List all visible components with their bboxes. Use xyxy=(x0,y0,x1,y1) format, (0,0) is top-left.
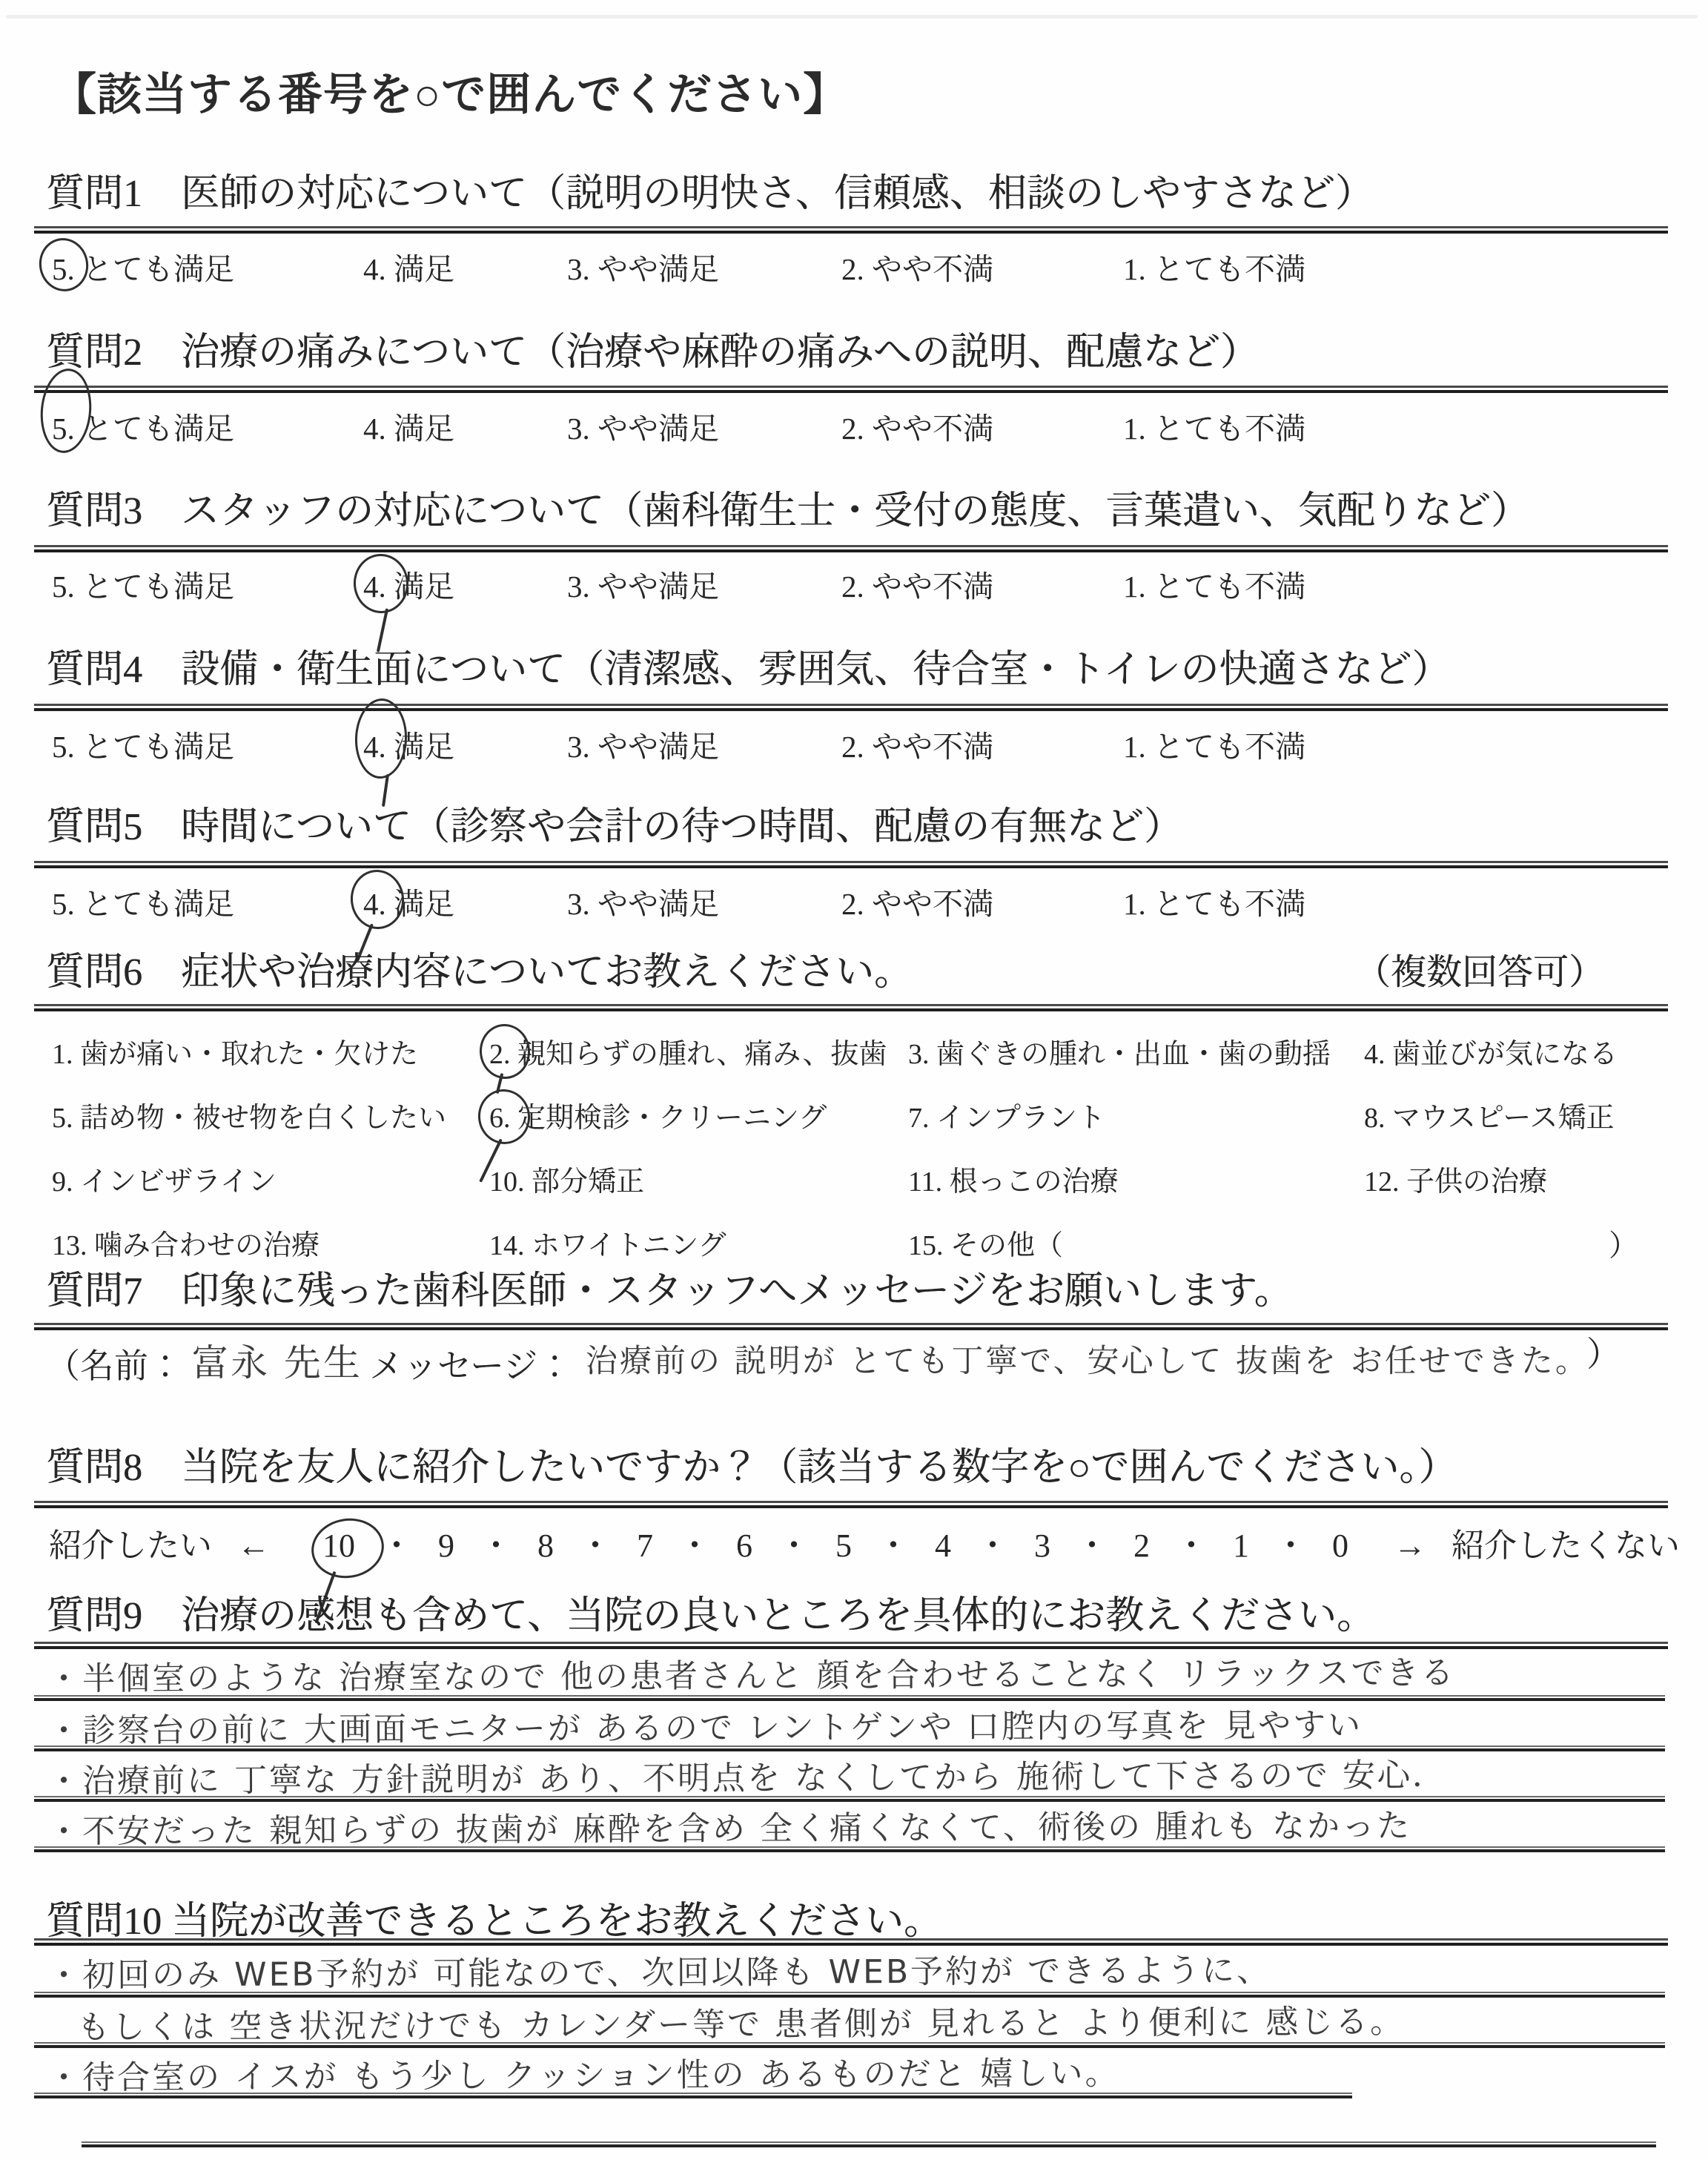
q1-option-1-label: 1. とても不満 xyxy=(1123,252,1305,286)
q6-item-3: 3. 歯ぐきの腫れ・出血・歯の動揺 xyxy=(908,1031,1331,1071)
q9-answer-line-3: ・治療前に 丁寧な 方針説明が あり、不明点を なくしてから 施術して下さるので… xyxy=(47,1748,1447,1802)
q10-answer-line-1: ・初回のみ WEB予約が 可能なので、次回以降も WEB予約が できるように、 xyxy=(47,1943,1271,1996)
q4-option-5-label: 5. とても満足 xyxy=(52,730,234,764)
q9-answer-rule-4 xyxy=(34,1846,1665,1852)
q2-divider xyxy=(34,386,1668,393)
q2-option-1-label: 1. とても不満 xyxy=(1123,412,1305,446)
q7-message-value: 治療前の 説明が とても丁寧で、安心して 抜歯を お任せできた。 xyxy=(586,1336,1589,1381)
q6-multi-answer-note: （複数回答可） xyxy=(1355,943,1604,994)
q8-dot: ・ xyxy=(1274,1519,1307,1566)
q6-item-2-label: 2. 親知らずの腫れ、痛み、抜歯 xyxy=(489,1039,887,1070)
q8-right-arrow: → xyxy=(1394,1527,1426,1565)
q3-option-3-label: 3. やや満足 xyxy=(567,569,719,604)
q8-left-arrow: ← xyxy=(237,1527,270,1565)
q7-message-label: メッセージ： xyxy=(369,1339,572,1388)
q10-answer-rule-4 xyxy=(82,2141,1656,2147)
q5-option-3-label: 3. やや満足 xyxy=(567,887,719,921)
q8-number-10-label: 10 xyxy=(322,1527,355,1564)
q8-number-8: 8 xyxy=(537,1527,554,1565)
q3-option-2-label: 2. やや不満 xyxy=(841,569,993,604)
q6-item-9-label: 9. インビザライン xyxy=(52,1166,277,1198)
q6-divider xyxy=(34,1004,1668,1011)
q6-row-3: 9. インビザライン 10. 部分矯正 11. 根っこの治療 12. 子供の治療 xyxy=(0,1158,1708,1225)
q7-close-paren: ） xyxy=(1586,1327,1621,1376)
q6-item-1: 1. 歯が痛い・取れた・欠けた xyxy=(52,1031,418,1071)
q6-item-11-label: 11. 根っこの治療 xyxy=(908,1166,1119,1198)
q2-option-5-label: 5. とても満足 xyxy=(52,412,234,446)
q8-number-6: 6 xyxy=(736,1527,752,1565)
q6-item-12-label: 12. 子供の治療 xyxy=(1364,1166,1547,1198)
q6-item-2-circle-tail xyxy=(496,1073,503,1094)
q5-option-5: 5. とても満足 xyxy=(52,879,234,923)
q5-option-4: 4. 満足 xyxy=(363,879,454,923)
q6-item-6-label: 6. 定期検診・クリーニング xyxy=(489,1103,827,1134)
q4-heading: 質問4 設備・衛生面について（清潔感、雰囲気、待合室・トイレの快適さなど） xyxy=(46,638,1450,693)
q8-dot: ・ xyxy=(877,1519,910,1566)
q8-dot: ・ xyxy=(380,1519,413,1566)
q9-answer-line-4: ・不安だった 親知らずの 抜歯が 麻酔を含め 全く痛くなくて、術後の 腫れも な… xyxy=(47,1799,1411,1852)
page-title: 【該当する番号を○で囲んでください】 xyxy=(52,59,848,123)
q6-item-5-label: 5. 詰め物・被せ物を白くしたい xyxy=(52,1103,446,1134)
q1-option-5-label: 5. とても満足 xyxy=(52,252,234,286)
q5-divider xyxy=(34,861,1668,868)
q5-options: 5. とても満足 4. 満足 3. やや満足 2. やや不満 1. とても不満 xyxy=(0,879,1708,946)
q6-item-15-label: 15. その他（ xyxy=(908,1230,1063,1261)
q4-option-3-label: 3. やや満足 xyxy=(567,730,719,764)
q8-number-0: 0 xyxy=(1332,1527,1348,1565)
q8-dot: ・ xyxy=(579,1519,612,1566)
q3-option-4-label: 4. 満足 xyxy=(363,569,454,604)
q1-option-3: 3. やや満足 xyxy=(567,245,719,288)
q6-item-7: 7. インプラント xyxy=(908,1094,1105,1135)
q10-answer-rule-3 xyxy=(34,2093,1352,2098)
q1-option-1: 1. とても不満 xyxy=(1123,245,1305,288)
q3-option-4: 4. 満足 xyxy=(363,562,454,606)
q6-item-15: 15. その他（ xyxy=(908,1222,1063,1263)
q4-option-3: 3. やや満足 xyxy=(567,722,719,766)
q8-number-3: 3 xyxy=(1034,1527,1050,1565)
q7-name-value: 富永 先生 xyxy=(191,1333,363,1387)
q4-option-2-label: 2. やや不満 xyxy=(841,730,993,764)
q4-options: 5. とても満足 4. 満足 3. やや満足 2. やや不満 1. とても不満 xyxy=(0,722,1708,789)
q8-dot: ・ xyxy=(1076,1519,1108,1566)
q6-item-8: 8. マウスピース矯正 xyxy=(1364,1094,1614,1135)
q8-divider xyxy=(34,1501,1668,1508)
q2-options: 5. とても満足 4. 満足 3. やや満足 2. やや不満 1. とても不満 xyxy=(0,404,1708,471)
q5-option-2: 2. やや不満 xyxy=(841,879,993,923)
q1-heading: 質問1 医師の対応について（説明の明快さ、信頼感、相談のしやすさなど） xyxy=(46,162,1374,217)
q5-option-5-label: 5. とても満足 xyxy=(52,887,234,921)
q8-number-9: 9 xyxy=(438,1527,454,1565)
q4-option-5: 5. とても満足 xyxy=(52,722,234,766)
q8-nps-scale: 紹介したい ← 10 ・ 9 ・ 8 ・ 7 ・ 6 ・ 5 ・ 4 ・ 3 ・… xyxy=(49,1519,1697,1566)
q3-divider xyxy=(34,545,1668,552)
q1-option-3-label: 3. やや満足 xyxy=(567,252,719,286)
q7-heading: 質問7 印象に残った歯科医師・スタッフへメッセージをお願いします。 xyxy=(46,1259,1293,1315)
q7-name-label: （名前： xyxy=(46,1339,182,1388)
q6-item-8-label: 8. マウスピース矯正 xyxy=(1364,1103,1614,1134)
survey-page: 【該当する番号を○で囲んでください】 質問1 医師の対応について（説明の明快さ、… xyxy=(0,0,1708,2160)
q1-divider xyxy=(34,226,1668,234)
q9-answer-line-2: ・診察台の前に 大画面モニターが あるので レントゲンや 口腔内の写真を 見やす… xyxy=(47,1698,1363,1751)
q5-heading: 質問5 時間について（診察や会計の待つ時間、配慮の有無など） xyxy=(46,795,1182,851)
q8-dot: ・ xyxy=(678,1519,711,1566)
q5-option-1-label: 1. とても不満 xyxy=(1123,887,1305,921)
q6-other-close-paren: ） xyxy=(1609,1222,1638,1264)
q2-option-5: 5. とても満足 xyxy=(52,404,234,448)
q6-item-7-label: 7. インプラント xyxy=(908,1103,1105,1134)
q8-dot: ・ xyxy=(778,1519,810,1566)
q8-number-7: 7 xyxy=(637,1527,653,1565)
q6-item-14: 14. ホワイトニング xyxy=(489,1222,726,1263)
q6-item-6: 6. 定期検診・クリーニング xyxy=(489,1094,827,1135)
q4-option-1: 1. とても不満 xyxy=(1123,722,1305,766)
q8-heading: 質問8 当院を友人に紹介したいですか？（該当する数字を○で囲んでください。） xyxy=(46,1436,1457,1491)
q6-item-9: 9. インビザライン xyxy=(52,1158,277,1199)
q8-number-2: 2 xyxy=(1133,1527,1150,1565)
q5-option-1: 1. とても不満 xyxy=(1123,879,1305,923)
q1-option-4: 4. 満足 xyxy=(363,245,454,288)
q6-item-10: 10. 部分矯正 xyxy=(489,1158,644,1199)
q6-item-12: 12. 子供の治療 xyxy=(1364,1158,1547,1199)
q10-heading: 質問10 当院が改善できるところをお教えください。 xyxy=(46,1889,942,1945)
q6-item-3-label: 3. 歯ぐきの腫れ・出血・歯の動揺 xyxy=(908,1039,1331,1070)
q8-number-10: 10 xyxy=(322,1527,355,1565)
q4-option-4: 4. 満足 xyxy=(363,722,454,766)
q7-divider xyxy=(34,1323,1668,1330)
q3-option-1-label: 1. とても不満 xyxy=(1123,569,1305,604)
q2-option-4: 4. 満足 xyxy=(363,404,454,448)
q2-heading: 質問2 治療の痛みについて（治療や麻酔の痛みへの説明、配慮など） xyxy=(46,320,1259,376)
q8-dot: ・ xyxy=(480,1519,512,1566)
q2-option-3-label: 3. やや満足 xyxy=(567,412,719,446)
q1-options: 5. とても満足 4. 満足 3. やや満足 2. やや不満 1. とても不満 xyxy=(0,245,1708,311)
q8-number-5: 5 xyxy=(835,1527,852,1565)
q2-option-4-label: 4. 満足 xyxy=(363,412,454,446)
q5-option-4-label: 4. 満足 xyxy=(363,887,454,921)
q6-row-1: 1. 歯が痛い・取れた・欠けた 2. 親知らずの腫れ、痛み、抜歯 3. 歯ぐきの… xyxy=(0,1031,1708,1097)
q2-option-2-label: 2. やや不満 xyxy=(841,412,993,446)
q4-divider xyxy=(34,704,1668,711)
q5-option-3: 3. やや満足 xyxy=(567,879,719,923)
q4-option-2: 2. やや不満 xyxy=(841,722,993,766)
q6-item-13: 13. 噛み合わせの治療 xyxy=(52,1222,320,1263)
q6-item-4: 4. 歯並びが気になる xyxy=(1364,1031,1618,1071)
q6-heading: 質問6 症状や治療内容についてお教えください。 xyxy=(46,940,913,996)
q1-option-4-label: 4. 満足 xyxy=(363,252,454,286)
q3-options: 5. とても満足 4. 満足 3. やや満足 2. やや不満 1. とても不満 xyxy=(0,562,1708,629)
q8-number-4: 4 xyxy=(935,1527,951,1565)
q2-option-3: 3. やや満足 xyxy=(567,404,719,448)
q5-option-2-label: 2. やや不満 xyxy=(841,887,993,921)
q6-row-2: 5. 詰め物・被せ物を白くしたい 6. 定期検診・クリーニング 7. インプラン… xyxy=(0,1094,1708,1161)
q2-option-2: 2. やや不満 xyxy=(841,404,993,448)
q3-heading: 質問3 スタッフの対応について（歯科衛生士・受付の態度、言葉遣い、気配りなど） xyxy=(46,479,1529,535)
q10-answer-line-2: もしくは 空き状況だけでも カレンダー等で 患者側が 見れると より便利に 感じ… xyxy=(77,1995,1405,2048)
q6-item-2: 2. 親知らずの腫れ、痛み、抜歯 xyxy=(489,1031,887,1071)
q3-option-5-label: 5. とても満足 xyxy=(52,569,234,604)
q10-answer-line-3: ・待合室の イスが もう少し クッション性の あるものだと 嬉しい。 xyxy=(47,2047,1120,2098)
q2-option-1: 1. とても不満 xyxy=(1123,404,1305,448)
q4-option-1-label: 1. とても不満 xyxy=(1123,730,1305,764)
q1-option-5: 5. とても満足 xyxy=(52,245,234,288)
q8-right-label: 紹介したくない xyxy=(1452,1519,1680,1566)
q9-answer-line-1: ・半個室のような 治療室なので 他の患者さんと 顔を合わせることなく リラックス… xyxy=(47,1646,1456,1700)
q6-item-4-label: 4. 歯並びが気になる xyxy=(1364,1039,1618,1070)
q6-item-5: 5. 詰め物・被せ物を白くしたい xyxy=(52,1094,446,1135)
q3-option-5: 5. とても満足 xyxy=(52,562,234,606)
q6-item-1-label: 1. 歯が痛い・取れた・欠けた xyxy=(52,1039,418,1070)
q3-option-3: 3. やや満足 xyxy=(567,562,719,606)
q9-heading: 質問9 治療の感想も含めて、当院の良いところを具体的にお教えください。 xyxy=(46,1584,1375,1639)
q8-left-label: 紹介したい xyxy=(49,1519,212,1566)
q6-item-11: 11. 根っこの治療 xyxy=(908,1158,1119,1199)
q3-option-1: 1. とても不満 xyxy=(1123,562,1305,606)
q8-number-1: 1 xyxy=(1233,1527,1249,1565)
q4-option-4-label: 4. 満足 xyxy=(363,730,454,764)
q8-dot: ・ xyxy=(1175,1519,1208,1566)
scan-artifact-line xyxy=(6,15,1698,19)
q6-item-13-label: 13. 噛み合わせの治療 xyxy=(52,1230,320,1261)
q6-item-14-label: 14. ホワイトニング xyxy=(489,1230,726,1261)
q6-item-10-label: 10. 部分矯正 xyxy=(489,1166,644,1198)
q1-option-2-label: 2. やや不満 xyxy=(841,252,993,286)
q8-dot: ・ xyxy=(976,1519,1009,1566)
q1-option-2: 2. やや不満 xyxy=(841,245,993,288)
q3-option-2: 2. やや不満 xyxy=(841,562,993,606)
